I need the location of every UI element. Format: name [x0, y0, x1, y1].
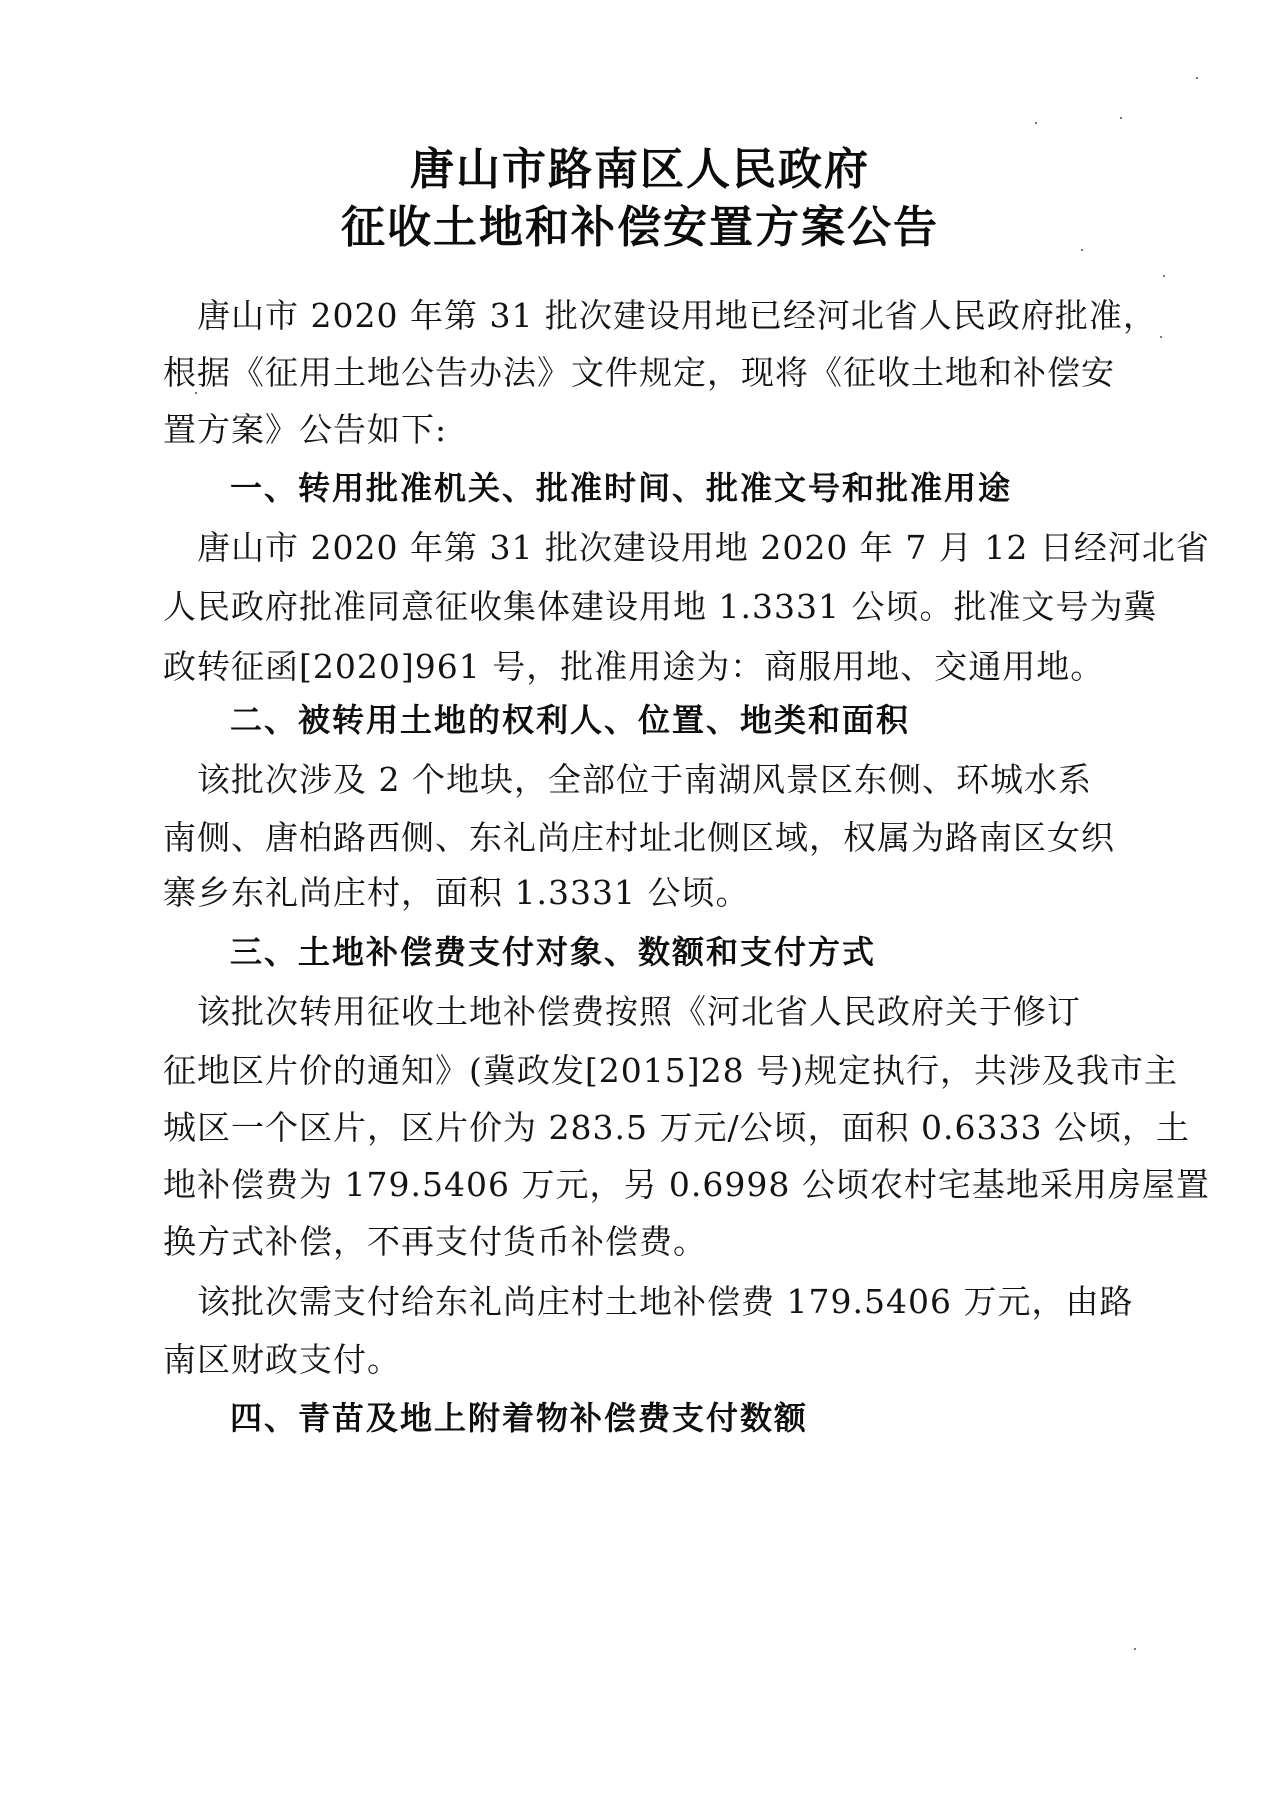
section-1-line-2: 人民政府批准同意征收集体建设用地 1.3331 公顷。批准文号为冀 [163, 585, 993, 629]
section-4-heading: 四、青苗及地上附着物补偿费支付数额 [230, 1396, 1060, 1440]
scan-speck [1196, 77, 1198, 79]
section-1-line-1: 唐山市 2020 年第 31 批次建设用地 2020 年 7 月 12 日经河北… [197, 526, 993, 570]
scan-speck [1134, 1648, 1136, 1650]
document-title-line-1: 唐山市路南区人民政府 [0, 142, 1280, 198]
section-3-line-3: 城区一个区片，区片价为 283.5 万元/公顷，面积 0.6333 公顷，土 [163, 1106, 993, 1150]
section-3-line-1: 该批次转用征收土地补偿费按照《河北省人民政府关于修订 [197, 990, 993, 1034]
intro-line-3: 置方案》公告如下: [163, 408, 993, 452]
section-3-heading: 三、土地补偿费支付对象、数额和支付方式 [230, 930, 1060, 974]
scan-speck [1035, 122, 1037, 124]
intro-line-1: 唐山市 2020 年第 31 批次建设用地已经河北省人民政府批准， [197, 294, 993, 338]
section-3-para2-line-1: 该批次需支付给东礼尚庄村土地补偿费 179.5406 万元，由路 [197, 1280, 993, 1324]
section-3-line-4: 地补偿费为 179.5406 万元，另 0.6998 公顷农村宅基地采用房屋置 [163, 1163, 993, 1207]
scan-speck [1120, 117, 1122, 119]
section-3-line-2: 征地区片价的通知》(冀政发[2015]28 号)规定执行，共涉及我市主 [163, 1049, 993, 1093]
document-title-line-2: 征收土地和补偿安置方案公告 [0, 200, 1280, 256]
section-1-heading: 一、转用批准机关、批准时间、批准文号和批准用途 [230, 466, 1060, 510]
section-2-line-3: 寨乡东礼尚庄村，面积 1.3331 公顷。 [163, 871, 993, 915]
section-3-para2-line-2: 南区财政支付。 [163, 1338, 993, 1382]
section-1-line-3: 政转征函[2020]961 号，批准用途为：商服用地、交通用地。 [163, 645, 993, 689]
section-2-heading: 二、被转用土地的权利人、位置、地类和面积 [230, 698, 1060, 742]
scan-speck [1081, 249, 1083, 251]
scan-speck [1160, 336, 1162, 338]
intro-line-2: 根据《征用土地公告办法》文件规定，现将《征收土地和补偿安 [163, 351, 993, 395]
document-page: 唐山市路南区人民政府 征收土地和补偿安置方案公告 唐山市 2020 年第 31 … [0, 0, 1280, 1809]
scan-speck [195, 392, 197, 394]
section-2-line-2: 南侧、唐柏路西侧、东礼尚庄村址北侧区域，权属为路南区女织 [163, 816, 993, 860]
section-3-line-5: 换方式补偿，不再支付货币补偿费。 [163, 1220, 993, 1264]
section-2-line-1: 该批次涉及 2 个地块，全部位于南湖风景区东侧、环城水系 [197, 758, 993, 802]
scan-speck [1163, 275, 1165, 277]
